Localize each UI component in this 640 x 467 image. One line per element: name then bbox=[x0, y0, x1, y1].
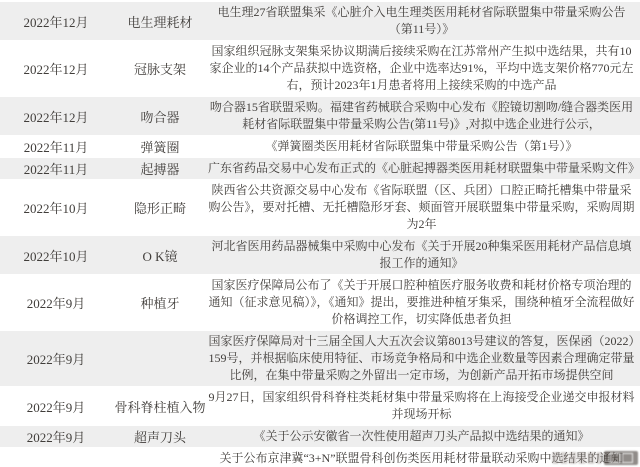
table-row: 关于公布京津冀“3+N”联盟骨科创伤类医用耗材带量联动采购中选结果的通知 bbox=[0, 448, 640, 467]
category-cell: 起搏器 bbox=[112, 159, 208, 178]
description-cell: 电生理27省联盟集采《心脏介入电生理类医用耗材省际联盟集中带量采购公告（第11号… bbox=[208, 3, 640, 39]
category-cell: O K镜 bbox=[112, 246, 208, 265]
date-cell: 2022年11月 bbox=[0, 159, 112, 178]
description-cell: 国家组织冠脉支架集采协议期满后接续采购在江苏常州产生拟中选结果，共有10家企业的… bbox=[208, 42, 640, 95]
description-cell: 关于公布京津冀“3+N”联盟骨科创伤类医用耗材带量联动采购中选结果的通知 bbox=[208, 449, 640, 467]
category-cell: 弹簧圈 bbox=[112, 137, 208, 156]
description-cell: 广东省药品交易中心发布正式的《心脏起搏器类医用耗材联盟集中带量采购文件》 bbox=[208, 159, 640, 178]
description-cell: 国家医疗保障局对十三届全国人大五次会议第8013号建议的答复，医保函（2022）… bbox=[208, 332, 640, 385]
date-cell: 2022年12月 bbox=[0, 107, 112, 126]
description-cell: 国家医疗保障局公布了《关于开展口腔种植医疗服务收费和耗材价格专项治理的通知（征求… bbox=[208, 276, 640, 329]
date-cell: 2022年9月 bbox=[0, 293, 112, 312]
date-cell: 2022年11月 bbox=[0, 137, 112, 156]
category-cell: 吻合器 bbox=[112, 107, 208, 126]
table-row: 2022年10月 O K镜 河北省医用药品器械集中采购中心发布《关于开展20种集… bbox=[0, 236, 640, 275]
date-cell: 2022年12月 bbox=[0, 12, 112, 31]
category-cell: 骨科脊柱植入物 bbox=[112, 397, 208, 416]
table-row: 2022年9月 种植牙 国家医疗保障局公布了《关于开展口腔种植医疗服务收费和耗材… bbox=[0, 275, 640, 331]
table-row: 2022年10月 隐形正畸 陕西省公共资源交易中心发布《省际联盟（区、兵团）口腔… bbox=[0, 180, 640, 236]
description-cell: 陕西省公共资源交易中心发布《省际联盟（区、兵团）口腔正畸托槽集中带量采购公告》，… bbox=[208, 181, 640, 234]
table-row: 2022年9月 骨科脊柱植入物 9月27日，国家组织骨科脊柱类耗材集中带量采购将… bbox=[0, 387, 640, 426]
table-row: 2022年11月 弹簧圈 《弹簧圈类医用耗材省际联盟集中带量采购公告（第1号）》 bbox=[0, 136, 640, 158]
date-cell: 2022年10月 bbox=[0, 198, 112, 217]
date-cell: 2022年9月 bbox=[0, 349, 112, 368]
description-cell: 吻合器15省联盟采购。福建省药械联合采购中心发布《腔镜切割吻/缝合器类医用耗材省… bbox=[208, 98, 640, 134]
description-cell: 9月27日，国家组织骨科脊柱类耗材集中带量采购将在上海接受企业递交申报材料并现场… bbox=[208, 388, 640, 424]
category-cell: 超声刀头 bbox=[112, 427, 208, 446]
category-cell: 电生理耗材 bbox=[112, 12, 208, 31]
description-cell: 河北省医用药品器械集中采购中心发布《关于开展20种集采医用耗材产品信息填报工作的… bbox=[208, 237, 640, 273]
category-cell: 隐形正畸 bbox=[112, 198, 208, 217]
date-cell: 2022年10月 bbox=[0, 246, 112, 265]
category-cell: 种植牙 bbox=[112, 293, 208, 312]
table-row: 2022年12月 电生理耗材 电生理27省联盟集采《心脏介入电生理类医用耗材省际… bbox=[0, 2, 640, 41]
date-cell: 2022年12月 bbox=[0, 59, 112, 78]
date-cell: 2022年9月 bbox=[0, 397, 112, 416]
date-cell: 2022年9月 bbox=[0, 427, 112, 446]
category-cell: 冠脉支架 bbox=[112, 59, 208, 78]
table-row: 2022年9月 超声刀头 《关于公示安徽省一次性使用超声刀头产品拟中选结果的通知… bbox=[0, 426, 640, 448]
description-cell: 《弹簧圈类医用耗材省际联盟集中带量采购公告（第1号）》 bbox=[208, 137, 640, 156]
procurement-timeline-table: 2022年12月 电生理耗材 电生理27省联盟集采《心脏介入电生理类医用耗材省际… bbox=[0, 0, 640, 467]
table-row: 2022年12月 吻合器 吻合器15省联盟采购。福建省药械联合采购中心发布《腔镜… bbox=[0, 97, 640, 136]
table-row: 2022年9月 国家医疗保障局对十三届全国人大五次会议第8013号建议的答复，医… bbox=[0, 331, 640, 387]
table-row: 2022年11月 起搏器 广东省药品交易中心发布正式的《心脏起搏器类医用耗材联盟… bbox=[0, 158, 640, 180]
table-row: 2022年12月 冠脉支架 国家组织冠脉支架集采协议期满后接续采购在江苏常州产生… bbox=[0, 41, 640, 97]
description-cell: 《关于公示安徽省一次性使用超声刀头产品拟中选结果的通知》 bbox=[208, 427, 640, 446]
